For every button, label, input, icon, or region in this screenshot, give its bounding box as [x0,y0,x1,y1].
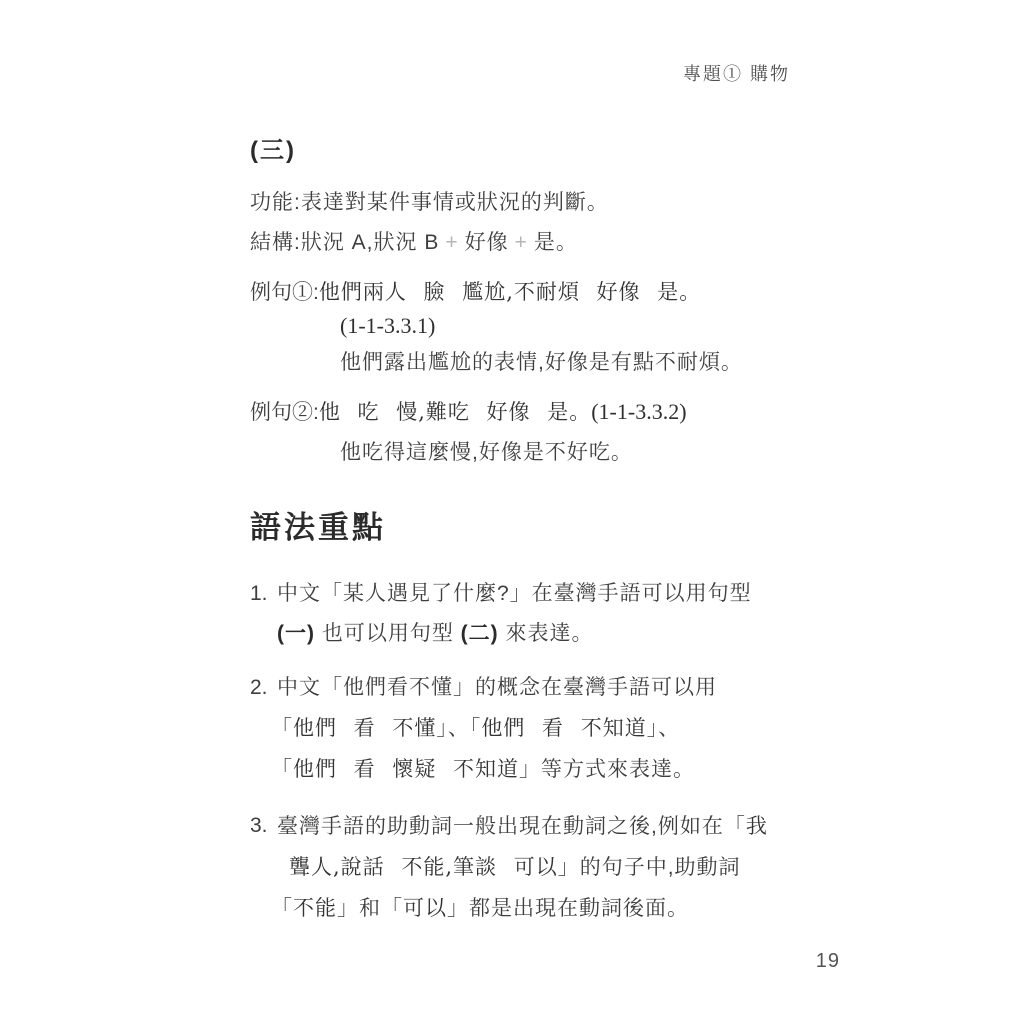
example-1-label: 例句①: [250,281,319,304]
text-run: 中文「他們看不懂」的概念在臺灣手語可以用 [277,676,717,699]
structure-text: 狀況 A,狀況 B [301,231,440,254]
text-run: (一) [277,622,315,645]
text-run: 臺灣手語的助動詞一般出現在動詞之後,例如在「 [277,815,746,838]
structure-label: 結構: [250,231,301,254]
text-run: 」等方式來表達。 [519,758,695,781]
item-line: 聾人,說話 不能,筆談 可以」的句子中,助動詞 [277,847,810,888]
sign-gloss-run: 他們 看 懷疑 不知道 [293,757,519,781]
item-text: 中文「某人遇見了什麼?」在臺灣手語可以用句型 (一) 也可以用句型 (二) 來表… [277,574,810,654]
grammar-item-2: 2. 中文「他們看不懂」的概念在臺灣手語可以用 「他們 看 不懂」、「他們 看 … [250,668,810,790]
plus-sign: + [509,231,534,254]
example-2-label: 例句②: [250,401,319,424]
sign-gloss-run: 他們 看 不知道 [481,716,646,740]
item-text: 中文「他們看不懂」的概念在臺灣手語可以用 「他們 看 不懂」、「他們 看 不知道… [277,668,810,790]
text-run: 來表達。 [499,622,594,645]
example-1-line: 例句①:他們兩人 臉 尷尬,不耐煩 好像 是。 [250,276,701,306]
sign-gloss-run: 聾人,說話 不能,筆談 可以 [289,855,558,879]
grammar-item-1: 1. 中文「某人遇見了什麼?」在臺灣手語可以用句型 (一) 也可以用句型 (二)… [250,574,810,654]
item-line: 「他們 看 懷疑 不知道」等方式來表達。 [271,749,810,790]
text-run: 」和「 [337,897,403,920]
text-run: 也可以用句型 [315,622,461,645]
item-line: 「他們 看 不懂」、「他們 看 不知道」、 [271,708,810,749]
item-number: 1. [250,574,277,654]
example-2-line: 例句②:他 吃 慢,難吃 好像 是。(1-1-3.3.2) [250,396,687,426]
book-page: 專題① 購物 (三) 功能:表達對某件事情或狀況的判斷。 結構:狀況 A,狀況 … [0,0,1024,1024]
grammar-item-3: 3. 臺灣手語的助動詞一般出現在動詞之後,例如在「我 聾人,說話 不能,筆談 可… [250,806,810,929]
item-line: 臺灣手語的助動詞一般出現在動詞之後,例如在「我 [277,806,810,847]
structure-word: 好像 [465,231,509,254]
example-1-reference: (1-1-3.3.1) [340,313,435,339]
item-line: (一) 也可以用句型 (二) 來表達。 [277,614,810,654]
plus-sign: + [439,231,464,254]
text-run: 中文「某人遇見了什麼?」在臺灣手語可以用句型 [277,582,752,605]
example-1-translation: 他們露出尷尬的表情,好像是有點不耐煩。 [340,346,743,376]
page-number: 19 [250,950,840,973]
example-2-reference: (1-1-3.3.2) [591,399,686,424]
sign-gloss-run: 可以 [403,896,447,920]
running-header: 專題① 購物 [0,60,790,86]
text-run: 」、「 [436,717,481,740]
item-line: 中文「他們看不懂」的概念在臺灣手語可以用 [277,668,810,708]
text-run: 」、 [647,717,681,740]
sign-gloss-run: 不能 [293,896,337,920]
item-line: 「不能」和「可以」都是出現在動詞後面。 [271,888,810,929]
item-line: 中文「某人遇見了什麼?」在臺灣手語可以用句型 [277,574,810,614]
section-label: (三) [250,130,296,165]
structure-line: 結構:狀況 A,狀況 B+好像+是。 [250,226,578,256]
text-run: 」都是出現在動詞後面。 [447,897,689,920]
example-1-gloss: 他們兩人 臉 尷尬,不耐煩 好像 是。 [319,280,701,304]
structure-word: 是。 [534,231,578,254]
function-text: 表達對某件事情或狀況的判斷。 [301,191,609,214]
example-2-translation: 他吃得這麼慢,好像是不好吃。 [340,436,633,466]
text-run: 「 [271,758,293,781]
sign-gloss-run: 他們 看 不懂 [293,716,436,740]
function-line: 功能:表達對某件事情或狀況的判斷。 [250,186,609,216]
text-run: 」的句子中,助動詞 [558,856,741,879]
text-run: 「 [271,897,293,920]
text-run: (二) [461,622,499,645]
example-2-gloss: 他 吃 慢,難吃 好像 是。 [319,400,591,424]
text-run: 「 [271,717,293,740]
item-text: 臺灣手語的助動詞一般出現在動詞之後,例如在「我 聾人,說話 不能,筆談 可以」的… [277,806,810,929]
function-label: 功能: [250,191,301,214]
sign-gloss-run: 我 [746,814,768,838]
grammar-section-heading: 語法重點 [250,502,386,547]
